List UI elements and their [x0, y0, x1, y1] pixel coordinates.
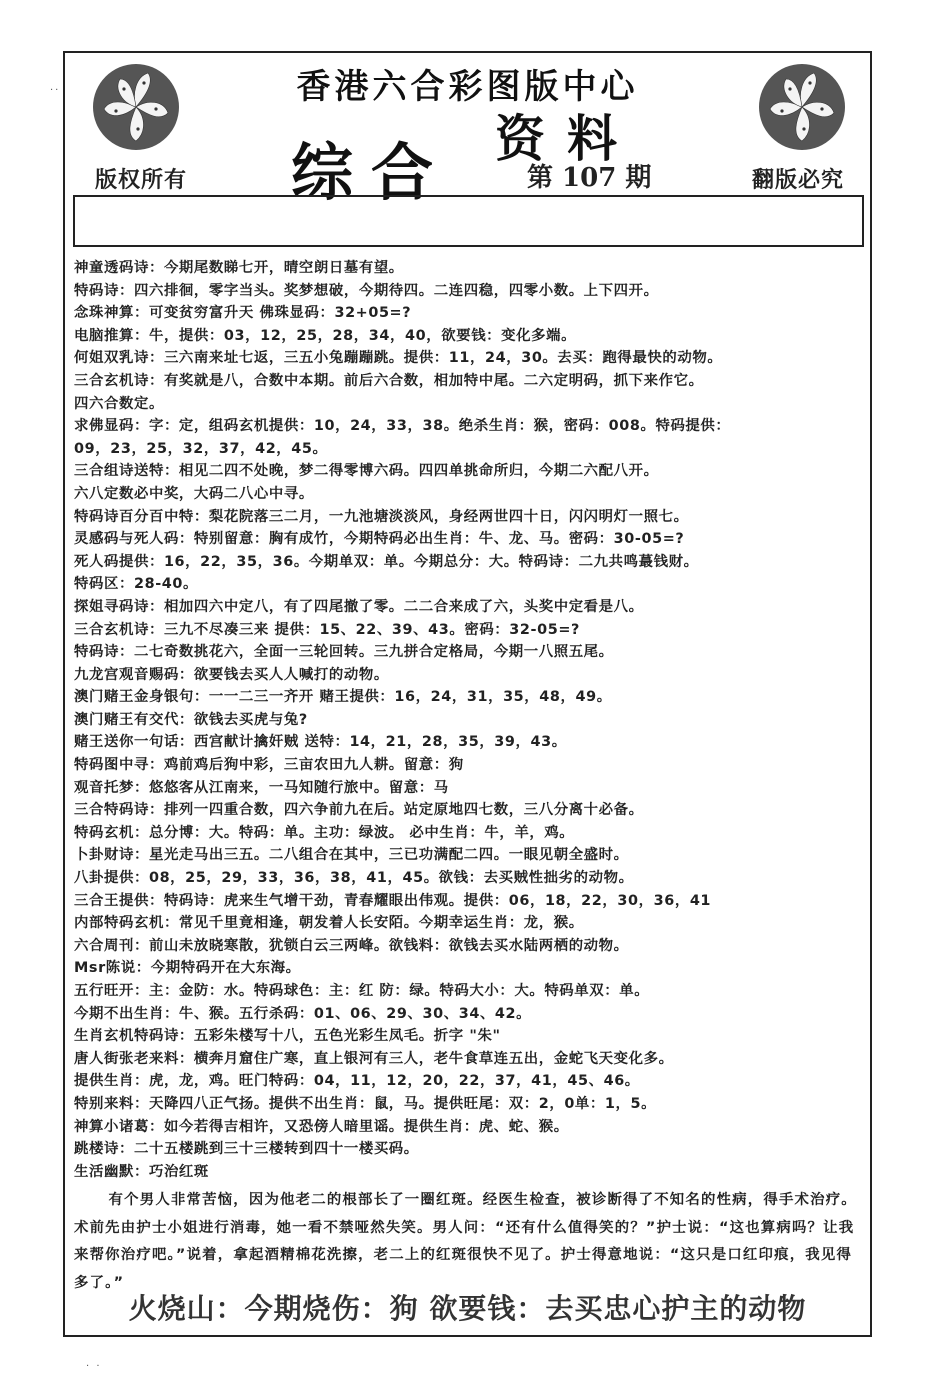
text-line: 三合组诗送特：相见二四不处晚，梦二得零博六码。四四单挑命所归，今期二六配八开。	[74, 460, 864, 483]
text-line: 09，23，25，32，37，42，45。	[74, 438, 864, 461]
text-line: 赌王送你一句话：西宫献计擒奸贼 送特：14，21，28，35，39，43。	[74, 731, 864, 754]
text-line: 念珠神算：可变贫穷富升天 佛珠显码：32+05=?	[74, 302, 864, 325]
stray-mark-bottom: . .	[86, 1358, 102, 1369]
footer-banner: 火烧山：今期烧伤：狗 欲要钱：去买忠心护主的动物	[65, 1287, 870, 1327]
text-line: 三合特码诗：排列一四重合数，四六争前九在后。站定原地四七数，三八分离十必备。	[74, 799, 864, 822]
text-line: 三合玄机诗：有奖就是八，合数中本期。前后六合数，相加特中尾。二六定明码，抓下来作…	[74, 370, 864, 393]
page-header: 香港六合彩图版中心 综合 资料 第 107 期 版权所有 翻版必究	[65, 53, 870, 193]
text-line: 卜卦财诗：星光走马出三五。二八组合在其中，三已功满配二四。一眼见朝全盛时。	[74, 844, 864, 867]
text-line: 特别来料：天降四八正气扬。提供不出生肖：鼠，马。提供旺尾：双：2，0单：1，5。	[74, 1093, 864, 1116]
text-line: 特码玄机：总分博：大。特码：单。主功：绿波。 必中生肖：牛，羊，鸡。	[74, 822, 864, 845]
text-line: 三合玄机诗：三九不尽凑三来 提供：15、22、39、43。密码：32-05=?	[74, 619, 864, 642]
text-line: 死人码提供：16，22，35，36。今期单双：单。今期总分：大。特码诗：二九共鸣…	[74, 551, 864, 574]
text-line: 探姐寻码诗：相加四六中定八，有了四尾撤了零。二二合来成了六，头奖中定看是八。	[74, 596, 864, 619]
text-line: 今期不出生肖：牛、猴。五行杀码：01、06、29、30、34、42。	[74, 1003, 864, 1026]
text-line: 五行旺开：主：金防：水。特码球色：主：红 防：绿。特码大小：大。特码单双：单。	[74, 980, 864, 1003]
text-line: 澳门赌王金身银句：一一二三一齐开 赌王提供：16，24，31，35，48，49。	[74, 686, 864, 709]
text-line: Msr陈说：今期特码开在大东海。	[74, 957, 864, 980]
text-line: 八卦提供：08，25，29，33，36，38，41，45。欲钱：去买贼性拙劣的动…	[74, 867, 864, 890]
text-line: 神童透码诗：今期尾数睇七开，晴空朗日墓有望。	[74, 257, 864, 280]
text-line: 六合周刊：前山未放晓寒散，犹锁白云三两峰。欲钱料：欲钱去买水陆两栖的动物。	[74, 935, 864, 958]
publisher-title: 香港六合彩图版中心	[65, 59, 870, 108]
text-line: 提供生肖：虎，龙，鸡。旺门特码：04，11，12，20，22，37，41，45、…	[74, 1070, 864, 1093]
copyright-label: 版权所有	[95, 163, 187, 194]
text-line: 电脑推算：牛，提供：03，12，25，28，34，40，欲要钱：变化多端。	[74, 325, 864, 348]
text-line: 九龙宫观音赐码：欲要钱去买人人喊打的动物。	[74, 664, 864, 687]
text-line: 生活幽默：巧治红斑	[74, 1161, 864, 1184]
text-line: 跳楼诗：二十五楼跳到三十三楼转到四十一楼买码。	[74, 1138, 864, 1161]
text-line: 特码区：28-40。	[74, 573, 864, 596]
text-line: 特码诗百分百中特：梨花院落三二月，一九池塘淡淡风，身经两世四十日，闪闪明灯一照七…	[74, 506, 864, 529]
text-line: 特码图中寻：鸡前鸡后狗中彩，三亩农田九人耕。留意：狗	[74, 754, 864, 777]
humor-story-paragraph: 有个男人非常苦恼，因为他老二的根部长了一圈红斑。经医生检查，被诊断得了不知名的性…	[74, 1187, 864, 1297]
text-line: 灵感码与死人码：特别留意：胸有成竹，今期特码必出生肖：牛、龙、马。密码：30-0…	[74, 528, 864, 551]
text-line: 生肖玄机特码诗：五彩朱楼写十八，五色光彩生凤毛。折字 "朱"	[74, 1025, 864, 1048]
piracy-warning-label: 翻版必究	[752, 163, 844, 194]
text-line: 内部特码玄机：常见千里竟相逢，朝发着人长安陌。今期幸运生肖：龙，猴。	[74, 912, 864, 935]
issue-number: 第 107 期	[527, 157, 651, 194]
text-line: 澳门赌王有交代：欲钱去买虎与兔?	[74, 709, 864, 732]
text-line: 六八定数必中奖，大码二八心中寻。	[74, 483, 864, 506]
text-line: 唐人街张老来料：横奔月窟住广寒，直上银河有三人，老牛食草连五出，金蛇飞天变化多。	[74, 1048, 864, 1071]
text-line: 特码诗：二七奇数挑花六，全面一三轮回转。三九拼合定格局，今期一八照五尾。	[74, 641, 864, 664]
text-line: 特码诗：四六排徊，零字当头。奖梦想破，今期待四。二连四稳，四零小数。上下四开。	[74, 280, 864, 303]
text-line: 何姐双乳诗：三六南来址七返，三五小兔蹦蹦跳。提供：11，24，30。去买：跑得最…	[74, 347, 864, 370]
content-body: 神童透码诗：今期尾数睇七开，晴空朗日墓有望。 特码诗：四六排徊，零字当头。奖梦想…	[74, 257, 864, 1297]
document-sheet: 香港六合彩图版中心 综合 资料 第 107 期 版权所有 翻版必究 神童透码诗：…	[63, 51, 872, 1337]
text-line: 三合王提供：特码诗：虎来生气增干劲，青春耀眼出伟观。提供：06，18，22，30…	[74, 890, 864, 913]
stray-mark-top: ..	[50, 82, 60, 93]
text-line: 求佛显码：字：定，组码玄机提供：10，24，33，38。绝杀生肖：猴，密码：00…	[74, 415, 864, 438]
text-line: 观音托梦：悠悠客从江南来，一马知随行旅中。留意：马	[74, 777, 864, 800]
text-line: 神算小诸葛：如今若得吉相许，又恐傍人暗里谣。提供生肖：虎、蛇、猴。	[74, 1116, 864, 1139]
empty-banner-box	[73, 195, 864, 247]
text-line: 四六合数定。	[74, 393, 864, 416]
